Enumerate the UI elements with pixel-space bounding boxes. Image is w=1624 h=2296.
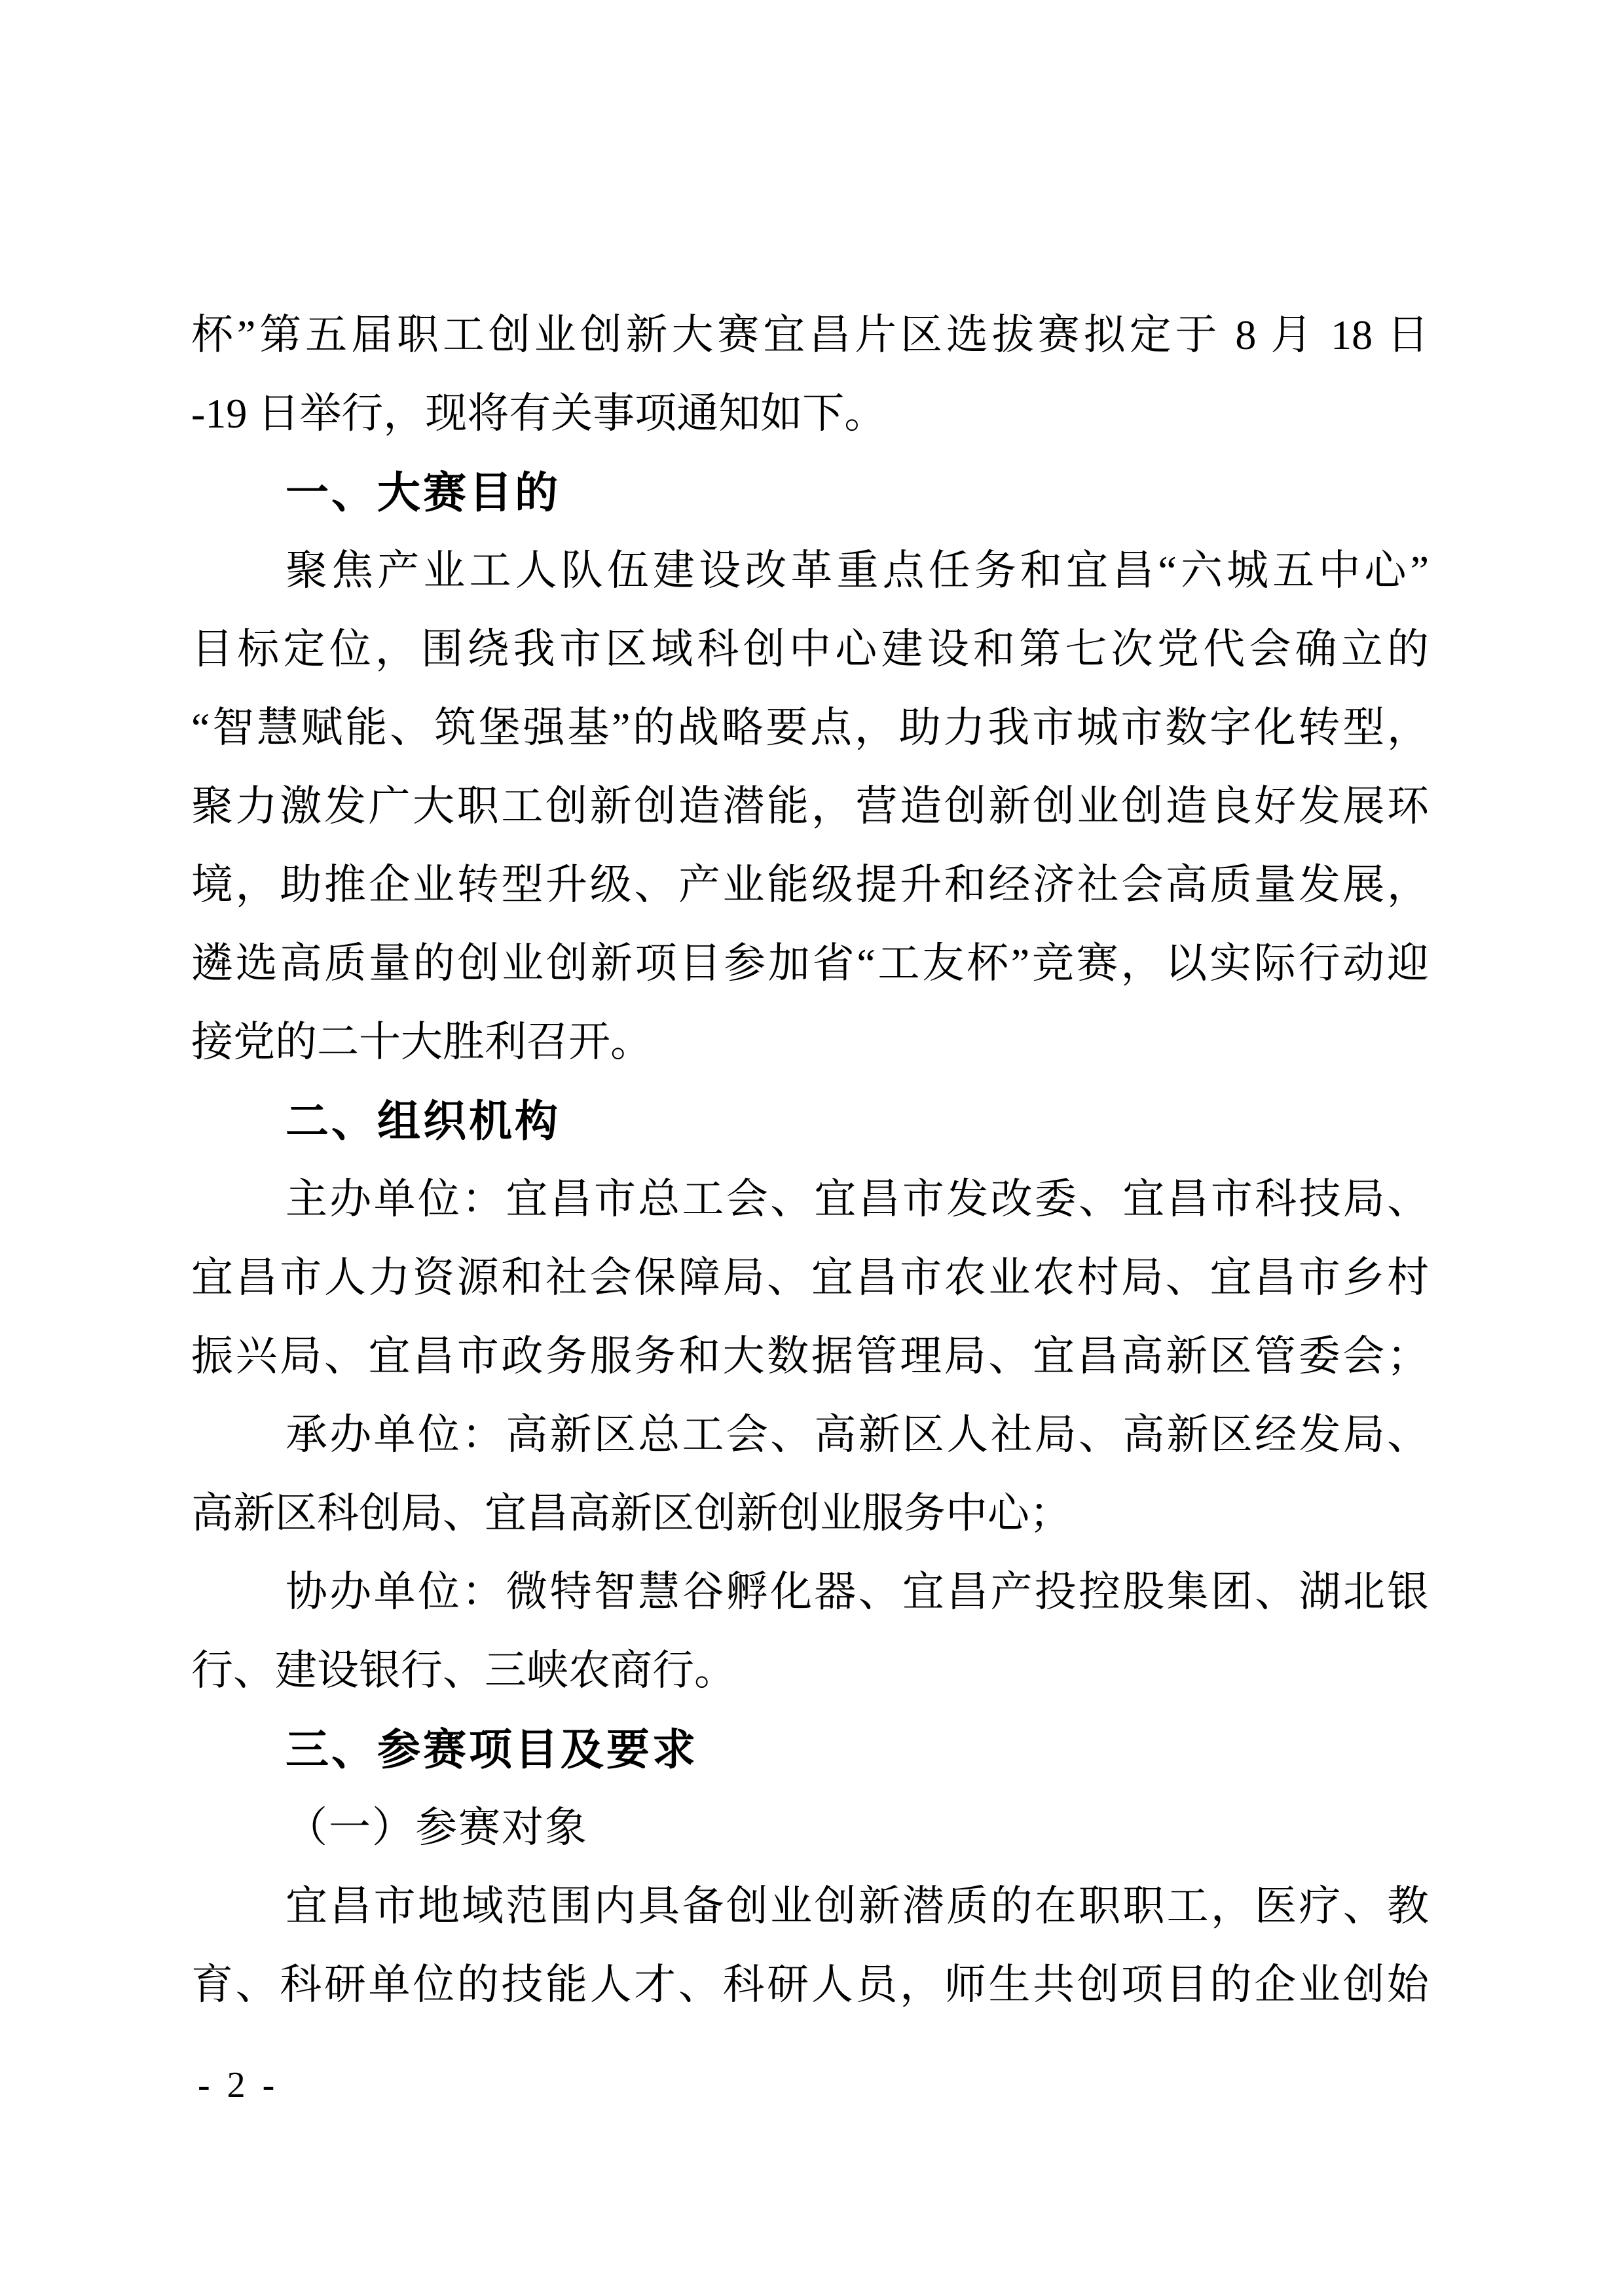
body-line: 育、科研单位的技能人才、科研人员，师生共创项目的企业创始 [191,1946,1429,2024]
body-line: 接党的二十大胜利召开。 [191,1003,1429,1082]
page-number: - 2 - [198,2062,278,2108]
body-line: 主办单位：宜昌市总工会、宜昌市发改委、宜昌市科技局、 [191,1160,1429,1239]
document-body: 杯”第五届职工创业创新大赛宜昌片区选拔赛拟定于 8 月 18 日 -19 日举行… [191,296,1429,2024]
body-line: 目标定位，围绕我市区域科创中心建设和第七次党代会确立的 [191,610,1429,689]
subsection-heading: （一）参赛对象 [191,1789,1429,1867]
body-line: 宜昌市人力资源和社会保障局、宜昌市农业农村局、宜昌市乡村 [191,1239,1429,1317]
body-line: 振兴局、宜昌市政务服务和大数据管理局、宜昌高新区管委会； [191,1317,1429,1396]
body-line: “智慧赋能、筑堡强基”的战略要点，助力我市城市数字化转型， [191,689,1429,767]
body-line: 境，助推企业转型升级、产业能级提升和经济社会高质量发展， [191,846,1429,924]
section-heading-1: 一、大赛目的 [191,453,1429,532]
body-line: 聚焦产业工人队伍建设改革重点任务和宜昌“六城五中心” [191,532,1429,610]
body-line: 承办单位：高新区总工会、高新区人社局、高新区经发局、 [191,1396,1429,1474]
body-line: 聚力激发广大职工创新创造潜能，营造创新创业创造良好发展环 [191,767,1429,846]
body-line: 杯”第五届职工创业创新大赛宜昌片区选拔赛拟定于 8 月 18 日 [191,296,1429,374]
section-heading-2: 二、组织机构 [191,1082,1429,1160]
body-line: 遴选高质量的创业创新项目参加省“工友杯”竞赛，以实际行动迎 [191,924,1429,1003]
body-line: -19 日举行，现将有关事项通知如下。 [191,374,1429,453]
body-line: 行、建设银行、三峡农商行。 [191,1631,1429,1710]
document-page: 杯”第五届职工创业创新大赛宜昌片区选拔赛拟定于 8 月 18 日 -19 日举行… [0,0,1624,2296]
body-line: 高新区科创局、宜昌高新区创新创业服务中心； [191,1474,1429,1553]
body-line: 宜昌市地域范围内具备创业创新潜质的在职职工，医疗、教 [191,1867,1429,1946]
body-line: 协办单位：微特智慧谷孵化器、宜昌产投控股集团、湖北银 [191,1553,1429,1631]
section-heading-3: 三、参赛项目及要求 [191,1710,1429,1789]
